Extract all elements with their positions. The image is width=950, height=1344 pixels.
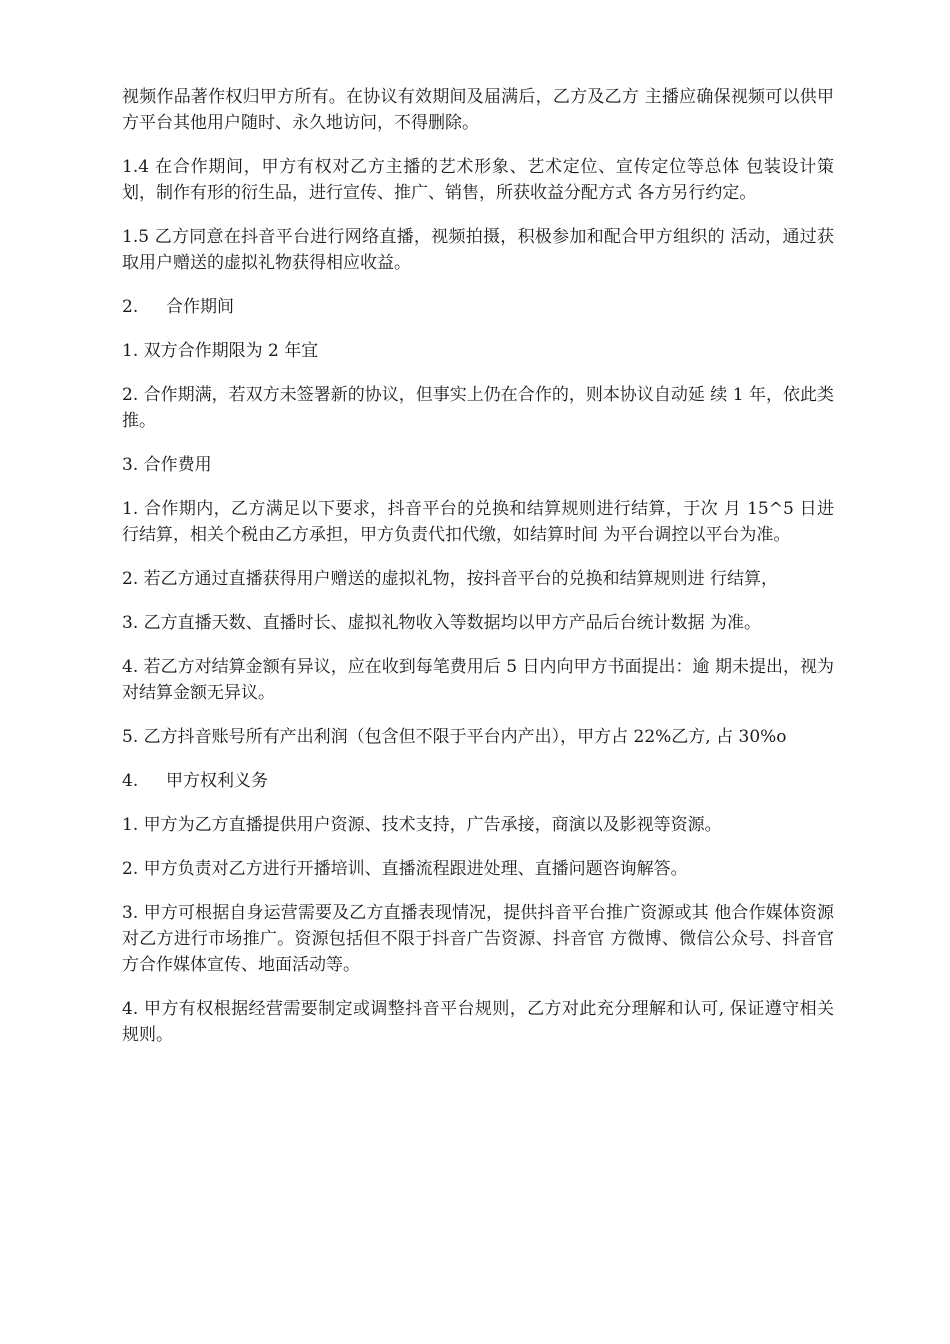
section-title: 甲方权利义务 [166, 771, 268, 791]
paragraph-4-4: 4. 甲方有权根据经营需要制定或调整抖音平台规则，乙方对此充分理解和认可, 保证… [122, 996, 834, 1048]
paragraph-2-2: 2. 合作期满，若双方未签署新的协议，但事实上仍在合作的，则本协议自动延 续 1… [122, 382, 834, 434]
section-number: 2. [122, 294, 166, 320]
paragraph-3-1: 1. 合作期内，乙方满足以下要求，抖音平台的兑换和结算规则进行结算，于次 月 1… [122, 496, 834, 548]
section-number: 4. [122, 768, 166, 794]
section-heading-party-a-rights: 4.甲方权利义务 [122, 768, 834, 794]
paragraph-copyright: 视频作品著作权归甲方所有。在协议有效期间及届满后，乙方及乙方 主播应确保视频可以… [122, 84, 834, 136]
section-heading-cooperation-period: 2.合作期间 [122, 294, 834, 320]
paragraph-3-4: 4. 若乙方对结算金额有异议，应在收到每笔费用后 5 日内向甲方书面提出：逾 期… [122, 654, 834, 706]
paragraph-4-1: 1. 甲方为乙方直播提供用户资源、技术支持，广告承接，商演以及影视等资源。 [122, 812, 834, 838]
paragraph-3-3: 3. 乙方直播天数、直播时长、虚拟礼物收入等数据均以甲方产品后台统计数据 为准。 [122, 610, 834, 636]
section-heading-cooperation-fees: 3. 合作费用 [122, 452, 834, 478]
paragraph-2-1: 1. 双方合作期限为 2 年宜 [122, 338, 834, 364]
paragraph-4-3: 3. 甲方可根据自身运营需要及乙方直播表现情况，提供抖音平台推广资源或其 他合作… [122, 900, 834, 978]
section-title: 合作期间 [166, 297, 234, 317]
paragraph-3-5: 5. 乙方抖音账号所有产出利润（包含但不限于平台内产出），甲方占 22%乙方, … [122, 724, 834, 750]
paragraph-3-2: 2. 若乙方通过直播获得用户赠送的虚拟礼物，按抖音平台的兑换和结算规则进 行结算… [122, 566, 834, 592]
document-page: 视频作品著作权归甲方所有。在协议有效期间及届满后，乙方及乙方 主播应确保视频可以… [122, 84, 834, 1066]
paragraph-4-2: 2. 甲方负责对乙方进行开播培训、直播流程跟进处理、直播问题咨询解答。 [122, 856, 834, 882]
paragraph-1-5: 1.5 乙方同意在抖音平台进行网络直播，视频拍摄，积极参加和配合甲方组织的 活动… [122, 224, 834, 276]
paragraph-1-4: 1.4 在合作期间，甲方有权对乙方主播的艺术形象、艺术定位、宣传定位等总体 包装… [122, 154, 834, 206]
